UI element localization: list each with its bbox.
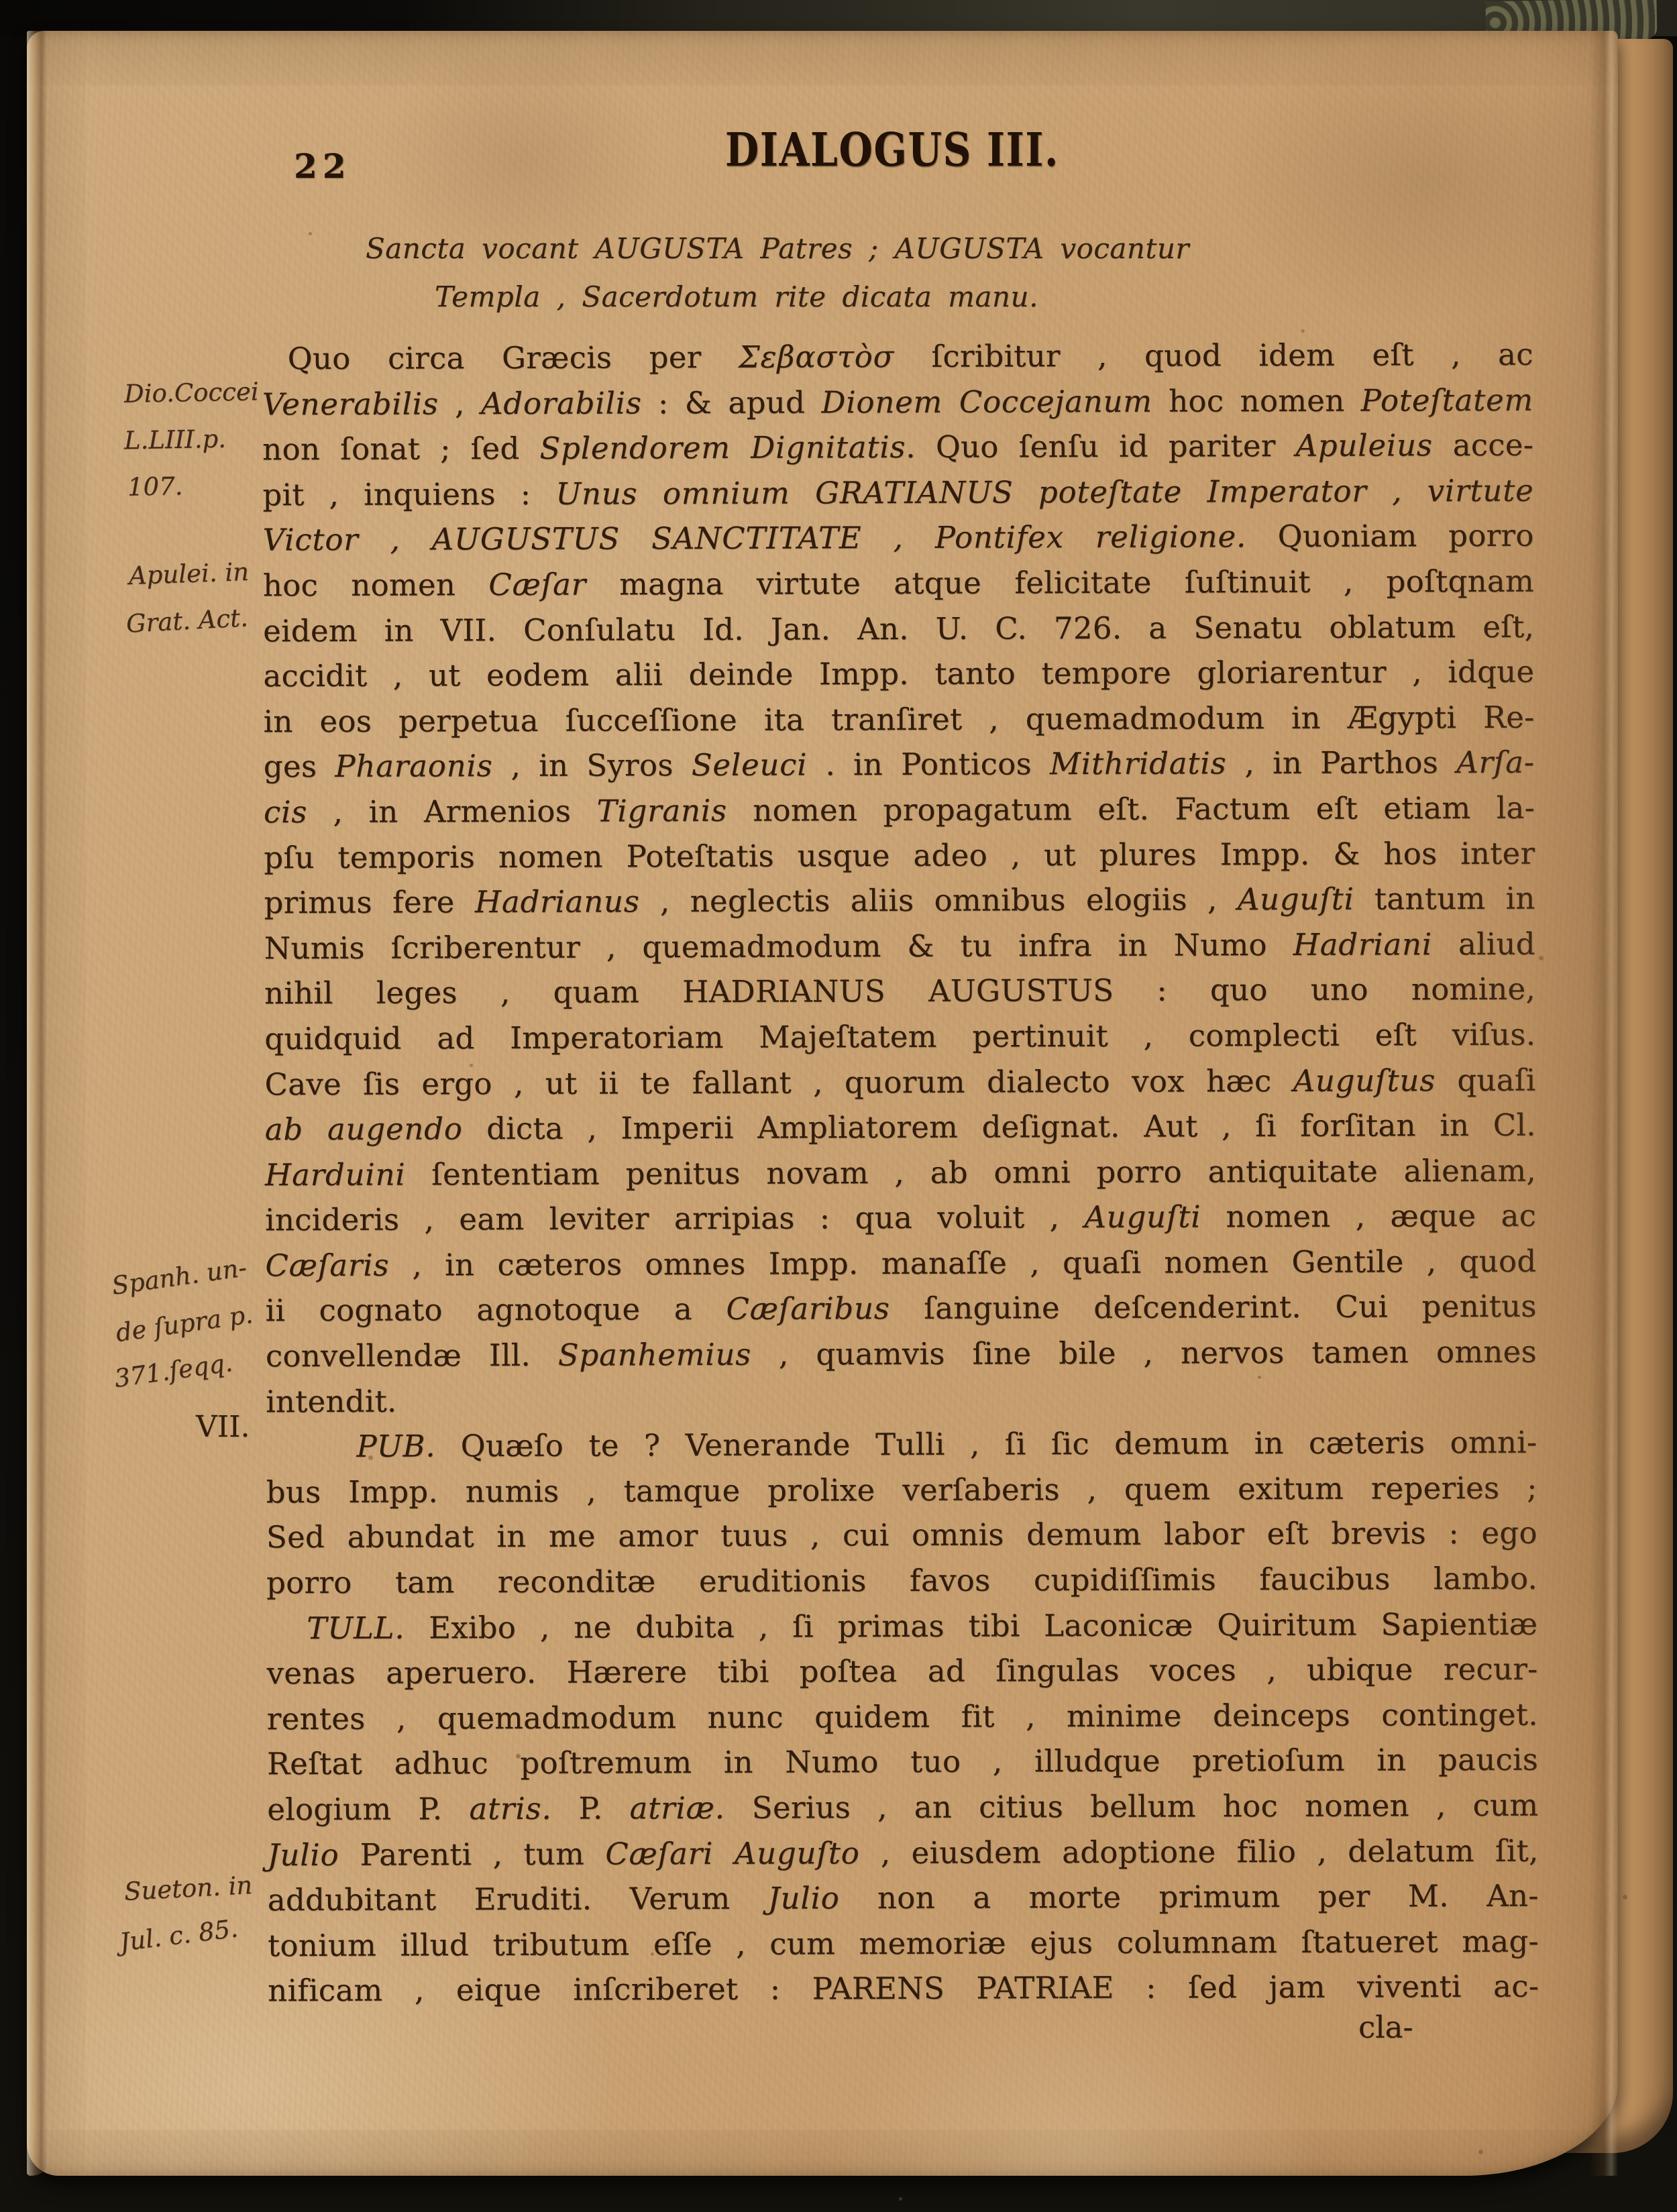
body-line: elogium P. atris. P. atriæ. Serius , an … bbox=[267, 1783, 1538, 1832]
body-line: PUB. Quæſo te ? Venerande Tulli , ſi ſic… bbox=[266, 1420, 1537, 1470]
body-line: addubitant Eruditi. Verum Julio non a mo… bbox=[268, 1873, 1539, 1923]
margin-note: 371.ſeqq. bbox=[113, 1349, 234, 1392]
body-line: primus fere Hadrianus , neglectis aliis … bbox=[264, 876, 1535, 926]
body-line: accidit , ut eodem alii deinde Impp. tan… bbox=[263, 649, 1534, 699]
body-line: nificam , eique inſcriberet : PARENS PAT… bbox=[268, 1964, 1539, 2013]
margin-note: Dio.Coccei bbox=[124, 378, 259, 407]
body-line: rentes , quemadmodum nunc quidem fit , m… bbox=[267, 1692, 1538, 1742]
book-page: 22 DIALOGUS III. Sancta vocant AUGUSTA P… bbox=[27, 31, 1618, 2176]
body-line: cis , in Armenios Tigranis nomen propaga… bbox=[264, 785, 1535, 835]
margin-note: de ſupra p. bbox=[114, 1301, 254, 1347]
body-line: Cæſaris , in cæteros omnes Impp. manaſſe… bbox=[265, 1239, 1536, 1288]
margin-note: VII. bbox=[196, 1414, 250, 1441]
page-left-edge bbox=[27, 31, 47, 2176]
body-line: non ſonat ; ſed Splendorem Dignitatis. Q… bbox=[262, 423, 1533, 472]
margin-note: Spanh. un- bbox=[110, 1254, 248, 1300]
body-line: ab augendo dicta , Imperii Ampliatorem d… bbox=[265, 1103, 1536, 1152]
body-line: TULL. Exibo , ne dubita , ſi primas tibi… bbox=[266, 1601, 1537, 1651]
verse-line-2: Templa , Sacerdotum rite dicata manu. bbox=[435, 280, 1038, 313]
margin-note: 107. bbox=[127, 473, 183, 500]
body-line: Numis ſcriberentur , quemadmodum & tu in… bbox=[264, 921, 1535, 971]
body-line: ges Pharaonis , in Syros Seleuci . in Po… bbox=[264, 740, 1535, 789]
margin-note: Grat. Act. bbox=[125, 604, 249, 637]
body-line: hoc nomen Cæſar magna virtute atque feli… bbox=[263, 559, 1534, 608]
body-line: bus Impp. numis , tamque prolixe verſabe… bbox=[266, 1466, 1537, 1515]
page-fold-crease bbox=[1590, 31, 1618, 2176]
body-line: Reſtat adhuc poſtremum in Numo tuo , ill… bbox=[267, 1737, 1538, 1787]
body-line: eidem in VII. Conſulatu Id. Jan. An. U. … bbox=[263, 604, 1534, 653]
margin-note: L.LIII.p. bbox=[124, 426, 227, 455]
margin-note: Apulei. in bbox=[128, 559, 249, 590]
body-line: pſu temporis nomen Poteſtatis usque adeo… bbox=[264, 830, 1535, 880]
body-line: Cave ſis ergo , ut ii te fallant , quoru… bbox=[264, 1057, 1535, 1107]
body-line: ii cognato agnotoque a Cæſaribus ſanguin… bbox=[266, 1284, 1537, 1333]
body-line: quidquid ad Imperatoriam Majeſtatem pert… bbox=[264, 1012, 1535, 1062]
body-line: pit , inquiens : Unus omnium GRATIANUS p… bbox=[262, 467, 1533, 517]
body-line: Sed abundat in me amor tuus , cui omnis … bbox=[266, 1510, 1537, 1560]
body-line: convellendæ Ill. Spanhemius , quamvis ſi… bbox=[266, 1329, 1537, 1379]
verse-line-1: Sancta vocant AUGUSTA Patres ; AUGUSTA v… bbox=[366, 232, 1189, 265]
catchword: cla- bbox=[1358, 2009, 1413, 2045]
page-title: DIALOGUS III. bbox=[216, 123, 1568, 177]
body-line: nihil leges , quam HADRIANUS AUGUSTUS : … bbox=[264, 966, 1535, 1016]
body-line: tonium illud tributum eſſe , cum memoriæ… bbox=[268, 1918, 1539, 1968]
margin-note: Jul. c. 85. bbox=[118, 1915, 239, 1956]
body-line: venas aperuero. Hærere tibi poſtea ad ſi… bbox=[266, 1647, 1537, 1696]
body-line: Julio Parenti , tum Cæſari Auguſto , eiu… bbox=[267, 1828, 1538, 1877]
body-line: porro tam reconditæ eruditionis favos cu… bbox=[266, 1556, 1537, 1606]
body-text-block: Quo circa Græcis per Σεβαστὸσ ſcribitur … bbox=[262, 332, 1539, 2014]
body-line: Victor , AUGUSTUS SANCTITATE , Pontifex … bbox=[263, 513, 1534, 563]
body-line: Harduini ſententiam penitus novam , ab o… bbox=[265, 1148, 1536, 1197]
body-line: intendit. bbox=[266, 1374, 1537, 1424]
body-line: in eos perpetua ſucceſſione ita tranſire… bbox=[264, 694, 1535, 744]
body-line: incideris , eam leviter arripias : qua v… bbox=[265, 1193, 1536, 1243]
paper-specks bbox=[309, 232, 312, 235]
body-line: Quo circa Græcis per Σεβαστὸσ ſcribitur … bbox=[262, 332, 1533, 382]
body-line: Venerabilis , Adorabilis : & apud Dionem… bbox=[262, 377, 1533, 427]
margin-note: Sueton. in bbox=[123, 1872, 253, 1905]
